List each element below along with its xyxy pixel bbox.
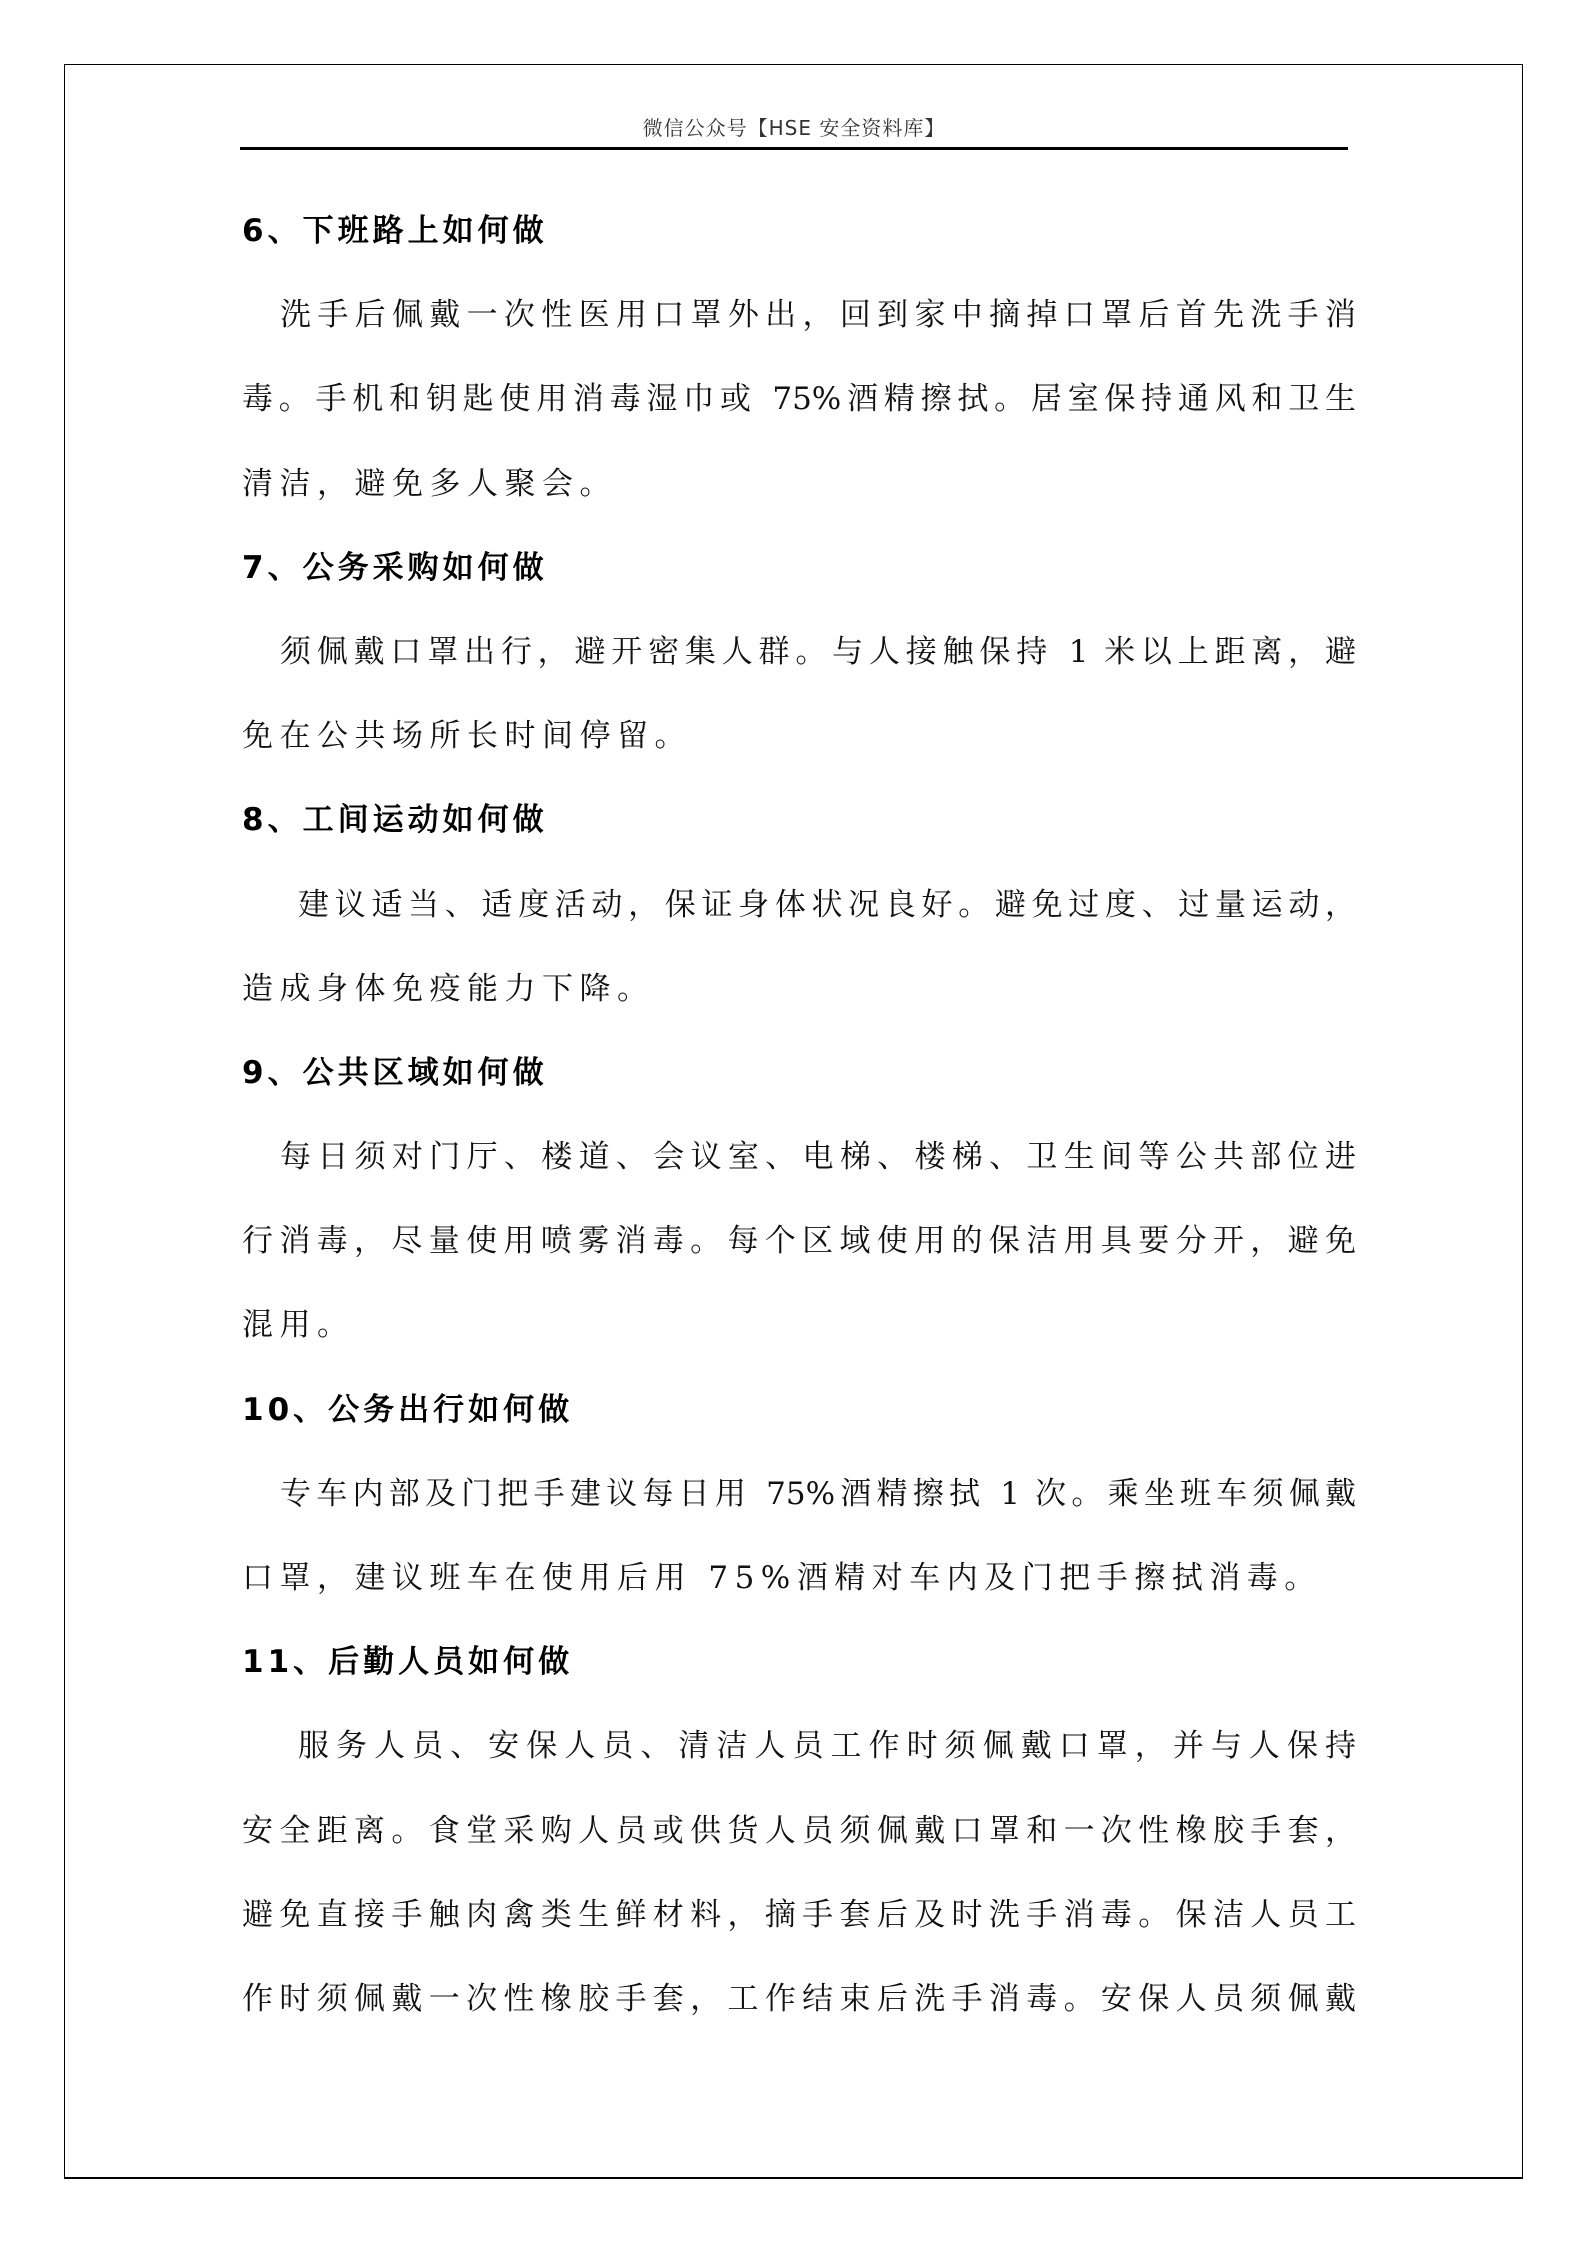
section-heading-10: 10、公务出行如何做 <box>242 1368 1356 1452</box>
paragraph-line: 造成身体免疫能力下降。 <box>242 947 1356 1031</box>
paragraph-line: 建议适当、适度活动，保证身体状况良好。避免过度、过量运动， <box>242 863 1356 947</box>
section-heading-8: 8、工间运动如何做 <box>242 778 1356 862</box>
paragraph-line: 口罩，建议班车在使用后用 75%酒精对车内及门把手擦拭消毒。 <box>242 1536 1356 1620</box>
header-rule <box>240 147 1348 150</box>
paragraph-line: 服务人员、安保人员、清洁人员工作时须佩戴口罩，并与人保持 <box>242 1704 1356 1788</box>
page-header: 微信公众号【HSE 安全资料库】 <box>240 108 1348 148</box>
section-heading-11: 11、后勤人员如何做 <box>242 1620 1356 1704</box>
document-body: 6、下班路上如何做 洗手后佩戴一次性医用口罩外出，回到家中摘掉口罩后首先洗手消 … <box>242 189 1356 2041</box>
paragraph-line: 毒。手机和钥匙使用消毒湿巾或 75%酒精擦拭。居室保持通风和卫生 <box>242 357 1356 441</box>
paragraph-line: 清洁，避免多人聚会。 <box>242 442 1356 526</box>
paragraph-line: 避免直接手触肉禽类生鲜材料，摘手套后及时洗手消毒。保洁人员工 <box>242 1873 1356 1957</box>
paragraph-line: 洗手后佩戴一次性医用口罩外出，回到家中摘掉口罩后首先洗手消 <box>242 273 1356 357</box>
paragraph-line: 行消毒，尽量使用喷雾消毒。每个区域使用的保洁用具要分开，避免 <box>242 1199 1356 1283</box>
section-heading-6: 6、下班路上如何做 <box>242 189 1356 273</box>
paragraph-line: 专车内部及门把手建议每日用 75%酒精擦拭 1 次。乘坐班车须佩戴 <box>242 1452 1356 1536</box>
paragraph-line: 须佩戴口罩出行，避开密集人群。与人接触保持 1 米以上距离，避 <box>242 610 1356 694</box>
paragraph-line: 免在公共场所长时间停留。 <box>242 694 1356 778</box>
section-heading-7: 7、公务采购如何做 <box>242 526 1356 610</box>
paragraph-line: 作时须佩戴一次性橡胶手套，工作结束后洗手消毒。安保人员须佩戴 <box>242 1957 1356 2041</box>
paragraph-line: 每日须对门厅、楼道、会议室、电梯、楼梯、卫生间等公共部位进 <box>242 1115 1356 1199</box>
section-heading-9: 9、公共区域如何做 <box>242 1031 1356 1115</box>
paragraph-line: 混用。 <box>242 1283 1356 1367</box>
paragraph-line: 安全距离。食堂采购人员或供货人员须佩戴口罩和一次性橡胶手套， <box>242 1789 1356 1873</box>
